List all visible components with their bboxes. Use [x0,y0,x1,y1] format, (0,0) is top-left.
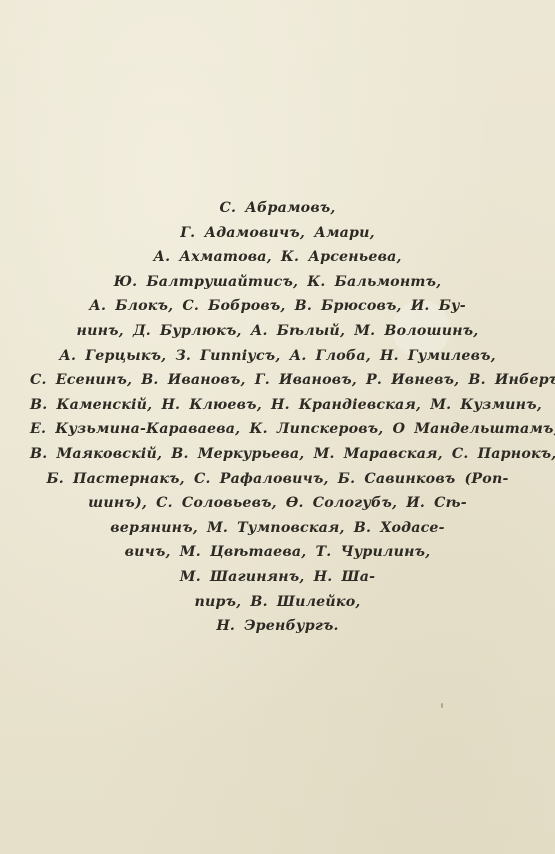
text-line: шинъ), С. Соловьевъ, Ѳ. Сологубъ, И. Сѣ- [30,491,525,516]
text-line: Б. Пастернакъ, С. Рафаловичъ, Б. Савинко… [30,467,525,492]
text-line: С. Абрамовъ, [30,196,525,221]
text-line: С. Есенинъ, В. Ивановъ, Г. Ивановъ, Р. И… [30,368,525,393]
paper-speck [441,703,443,708]
text-line: Ю. Балтрушайтисъ, К. Бальмонтъ, [30,270,525,295]
text-line: нинъ, Д. Бурлюкъ, А. Бѣлый, М. Волошинъ, [30,319,525,344]
text-line: Е. Кузьмина-Караваева, К. Липскеровъ, О … [30,417,525,442]
text-line: верянинъ, М. Тумповская, В. Ходасе- [30,516,525,541]
text-line: В. Маяковскій, В. Меркурьева, М. Маравск… [30,442,525,467]
poet-names-list: С. Абрамовъ, Г. Адамовичъ, Амари, А. Ахм… [30,196,525,639]
text-line: А. Блокъ, С. Бобровъ, В. Брюсовъ, И. Бу- [30,294,525,319]
text-line: пиръ, В. Шилейко, [30,590,525,615]
text-line: А. Герцыкъ, З. Гиппіусъ, А. Глоба, Н. Гу… [30,344,525,369]
text-line: А. Ахматова, К. Арсеньева, [30,245,525,270]
text-line: Г. Адамовичъ, Амари, [30,221,525,246]
text-line: Н. Эренбургъ. [30,614,525,639]
text-line: М. Шагинянъ, Н. Ша- [30,565,525,590]
scanned-page: С. Абрамовъ, Г. Адамовичъ, Амари, А. Ахм… [0,0,555,854]
text-line: вичъ, М. Цвѣтаева, Т. Чурилинъ, [30,540,525,565]
text-line: В. Каменскій, Н. Клюевъ, Н. Крандіевская… [30,393,525,418]
